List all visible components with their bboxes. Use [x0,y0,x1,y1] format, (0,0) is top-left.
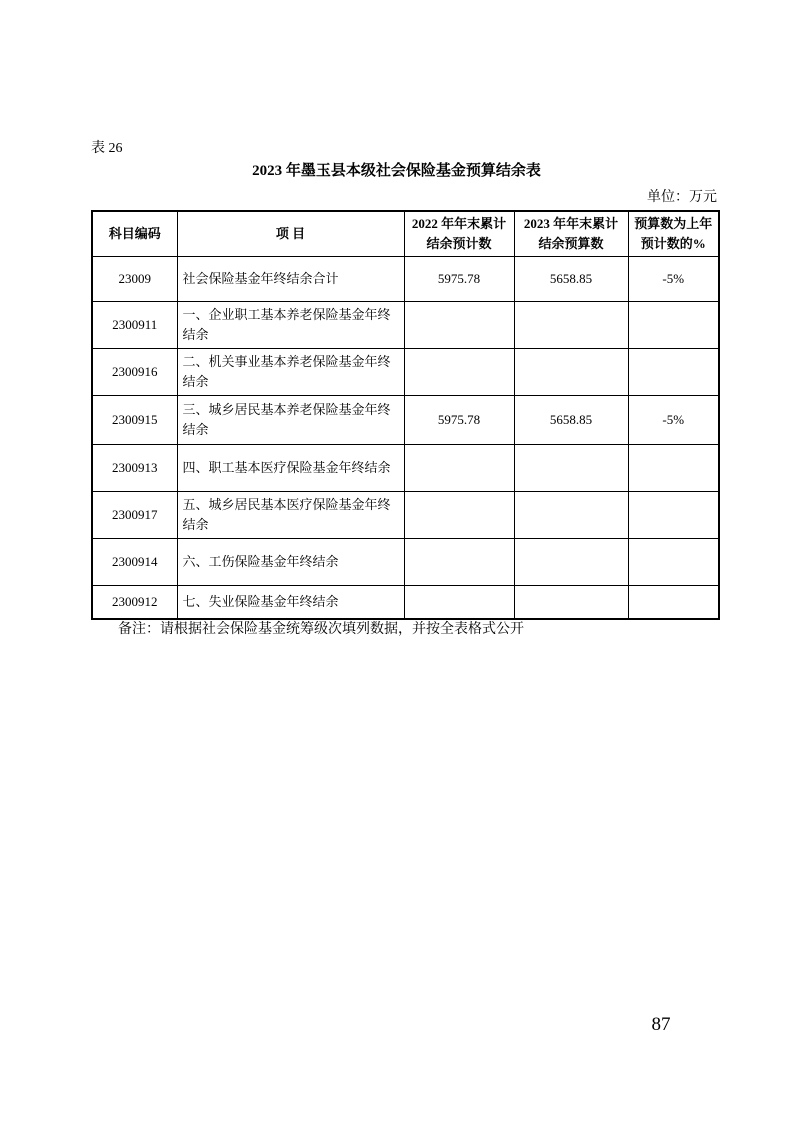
budget-balance-table: 科目编码 项 目 2022 年年末累计结余预计数 2023 年年末累计结余预算数… [91,210,720,620]
cell-pct: -5% [628,257,719,302]
page-number: 87 [639,1014,683,1036]
table-row: 2300914 六、工伤保险基金年终结余 [92,539,719,586]
cell-2022 [404,492,514,539]
note: 备注：请根据社会保险基金统筹级次填列数据，并按全表格式公开 [118,618,524,638]
cell-pct [628,302,719,349]
header-row: 科目编码 项 目 2022 年年末累计结余预计数 2023 年年末累计结余预算数… [92,211,719,257]
unit-label: 单位：万元 [647,186,717,206]
table-row: 2300917 五、城乡居民基本医疗保险基金年终结余 [92,492,719,539]
cell-item: 社会保险基金年终结余合计 [177,257,404,302]
col-header-code: 科目编码 [92,211,177,257]
cell-2022 [404,586,514,619]
cell-code: 2300914 [92,539,177,586]
cell-2022: 5975.78 [404,257,514,302]
cell-2023 [514,492,628,539]
col-header-item: 项 目 [177,211,404,257]
cell-item: 二、机关事业基本养老保险基金年终结余 [177,349,404,396]
cell-pct [628,492,719,539]
cell-code: 2300917 [92,492,177,539]
cell-2022 [404,445,514,492]
cell-2023 [514,349,628,396]
table-number-label: 表 26 [91,137,123,157]
cell-2022 [404,349,514,396]
cell-pct [628,349,719,396]
cell-2023 [514,586,628,619]
cell-2023 [514,539,628,586]
table-row: 2300913 四、职工基本医疗保险基金年终结余 [92,445,719,492]
cell-code: 2300916 [92,349,177,396]
table-header: 科目编码 项 目 2022 年年末累计结余预计数 2023 年年末累计结余预算数… [92,211,719,257]
cell-2022 [404,539,514,586]
cell-2023: 5658.85 [514,396,628,445]
cell-pct: -5% [628,396,719,445]
cell-item: 一、企业职工基本养老保险基金年终结余 [177,302,404,349]
cell-pct [628,539,719,586]
cell-2022 [404,302,514,349]
page-title: 2023 年墨玉县本级社会保险基金预算结余表 [0,159,793,180]
cell-2023 [514,445,628,492]
cell-item: 三、城乡居民基本养老保险基金年终结余 [177,396,404,445]
cell-item: 四、职工基本医疗保险基金年终结余 [177,445,404,492]
col-header-pct: 预算数为上年预计数的% [628,211,719,257]
table-row: 2300912 七、失业保险基金年终结余 [92,586,719,619]
cell-item: 五、城乡居民基本医疗保险基金年终结余 [177,492,404,539]
table-row: 2300915 三、城乡居民基本养老保险基金年终结余 5975.78 5658.… [92,396,719,445]
cell-item: 七、失业保险基金年终结余 [177,586,404,619]
cell-code: 23009 [92,257,177,302]
cell-2022: 5975.78 [404,396,514,445]
cell-item: 六、工伤保险基金年终结余 [177,539,404,586]
cell-code: 2300915 [92,396,177,445]
table-body: 23009 社会保险基金年终结余合计 5975.78 5658.85 -5% 2… [92,257,719,619]
cell-2023 [514,302,628,349]
col-header-2022: 2022 年年末累计结余预计数 [404,211,514,257]
cell-code: 2300911 [92,302,177,349]
cell-code: 2300912 [92,586,177,619]
table-row: 2300916 二、机关事业基本养老保险基金年终结余 [92,349,719,396]
document-page: 表 26 2023 年墨玉县本级社会保险基金预算结余表 单位：万元 科目编码 项… [0,0,793,1122]
table-row: 23009 社会保险基金年终结余合计 5975.78 5658.85 -5% [92,257,719,302]
cell-pct [628,445,719,492]
col-header-2023: 2023 年年末累计结余预算数 [514,211,628,257]
cell-2023: 5658.85 [514,257,628,302]
cell-pct [628,586,719,619]
cell-code: 2300913 [92,445,177,492]
table-row: 2300911 一、企业职工基本养老保险基金年终结余 [92,302,719,349]
